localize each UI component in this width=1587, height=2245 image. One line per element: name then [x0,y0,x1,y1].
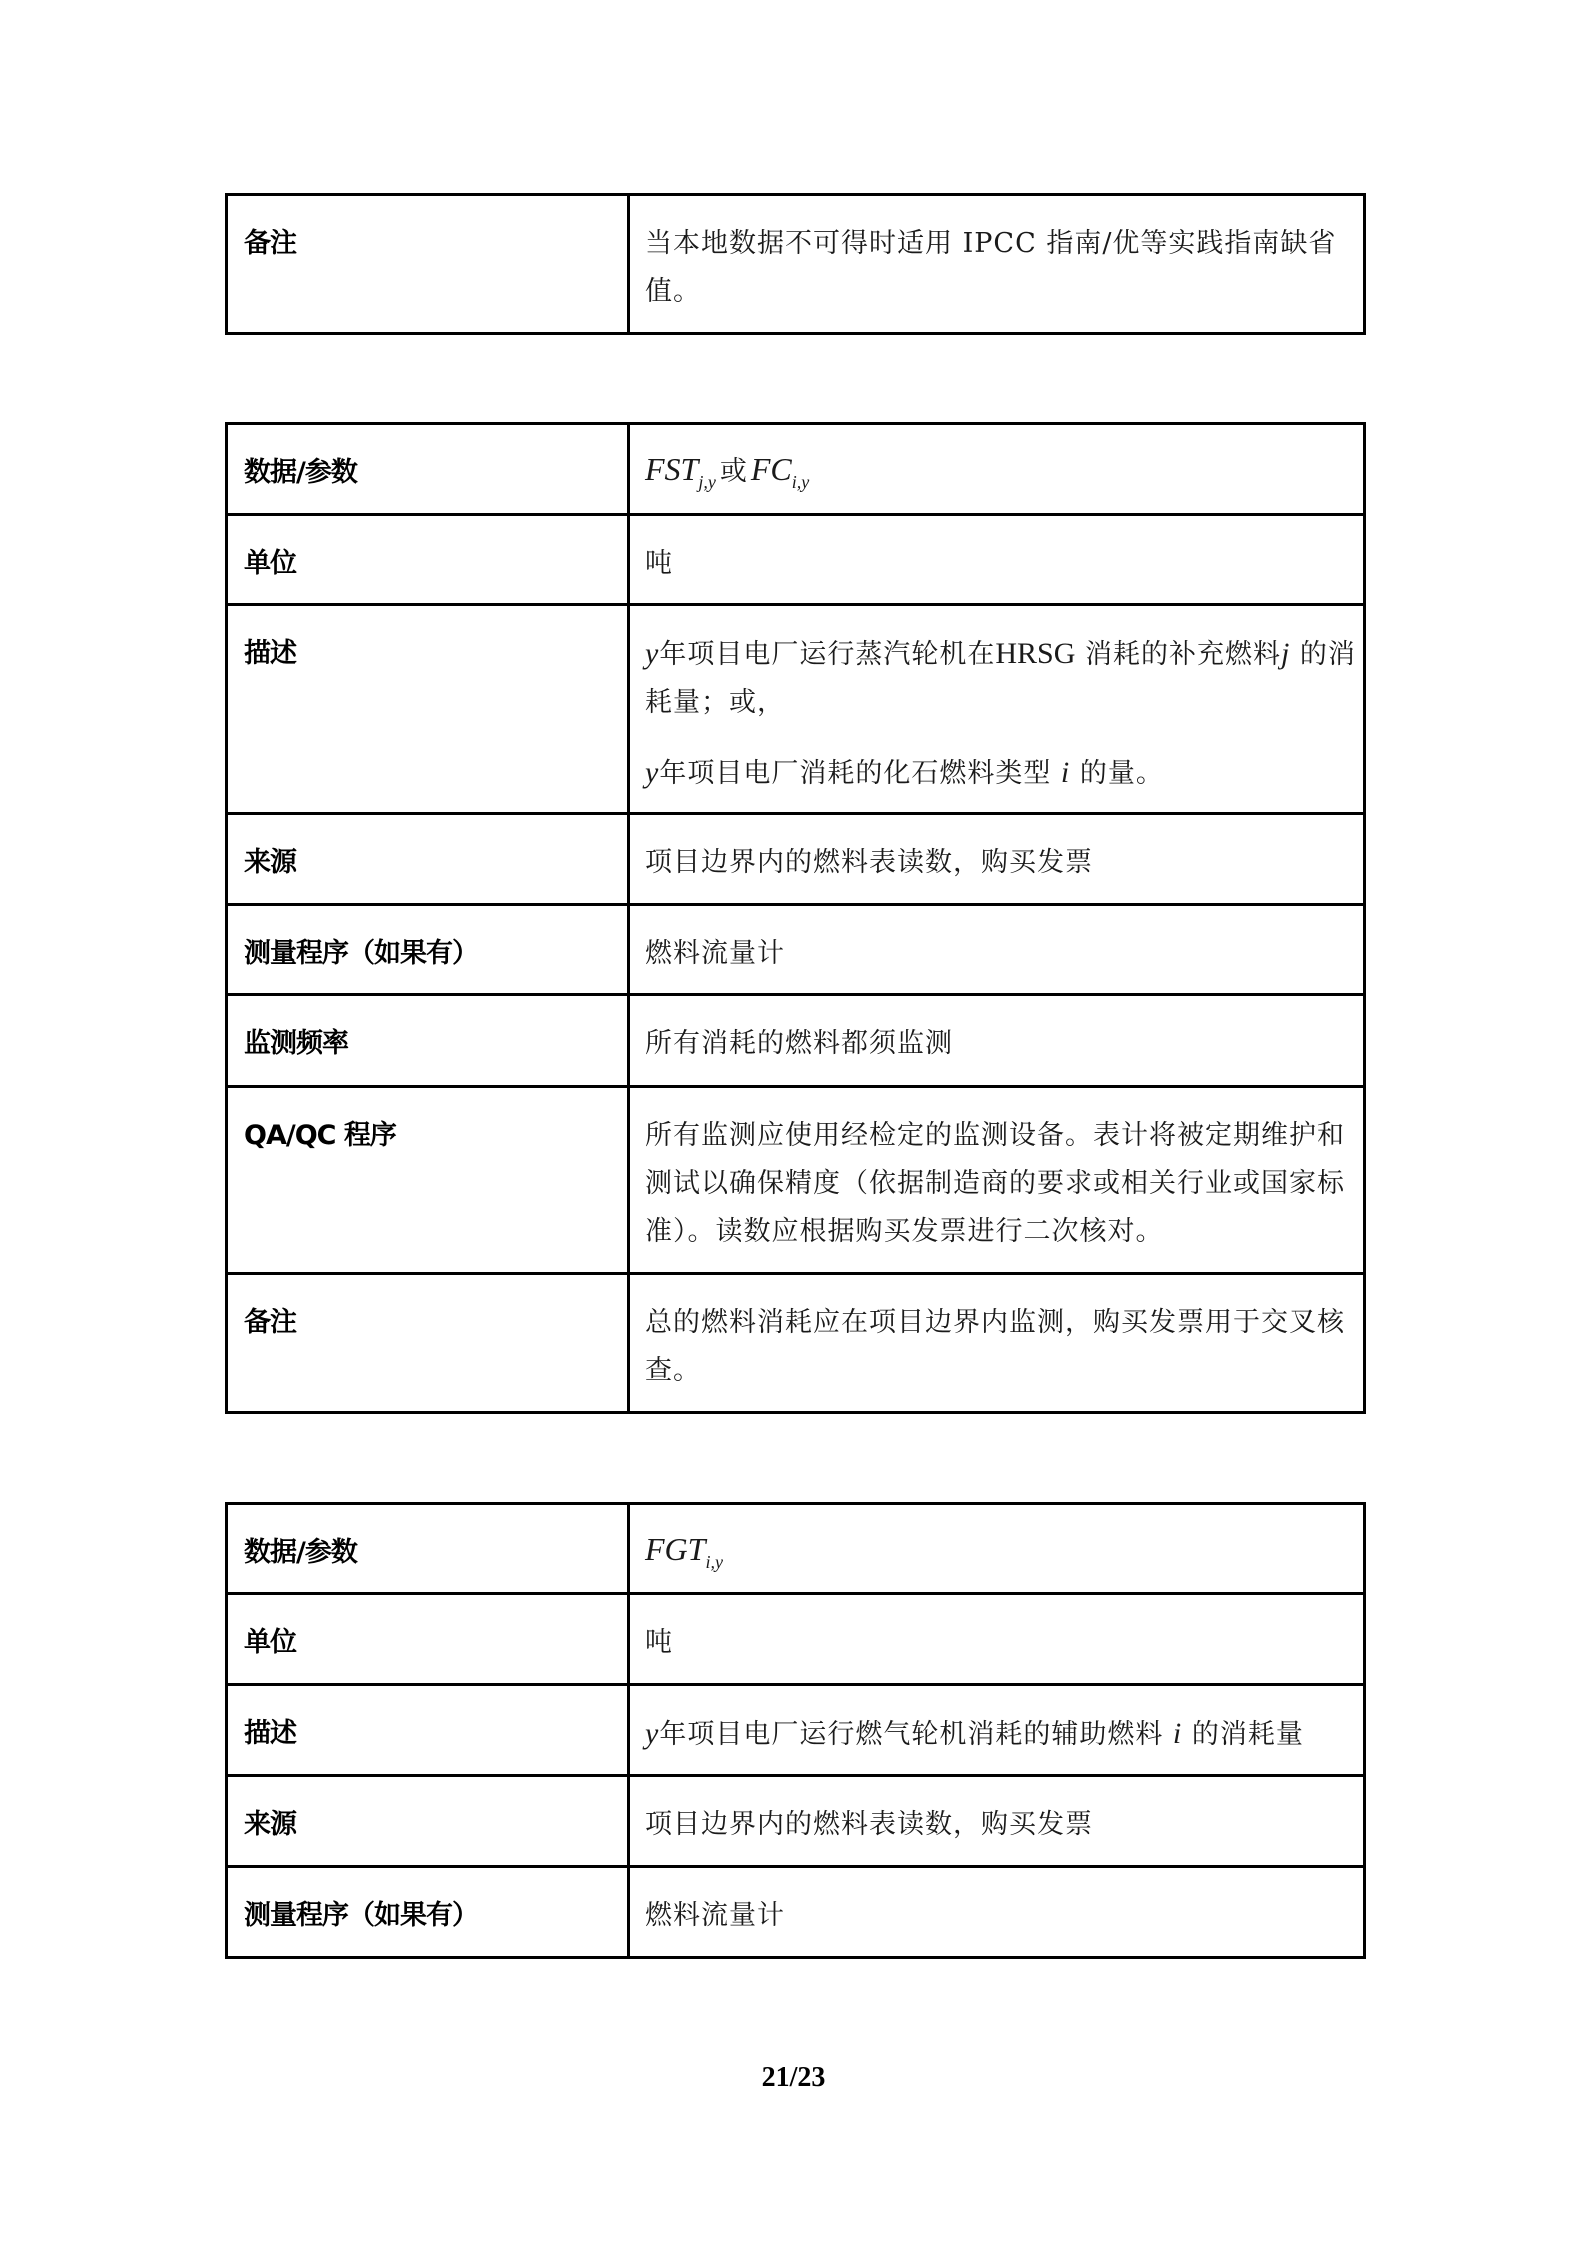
row-label-cell: QA/QC 程序 [227,1087,629,1274]
math-var: i [1061,756,1070,789]
parameter-table-fst-fc: 数据/参数 FSTj,y或FCi,y 单位 吨 描述 [225,422,1366,1414]
row-label-cell: 来源 [227,814,629,905]
row-value: 项目边界内的燃料表读数，购买发票 [630,1777,1363,1849]
value-line: 项目边界内的燃料表读数，购买发票 [645,1801,1353,1849]
parameter-symbol: FGTi,y [630,1505,1363,1586]
parameter-table-fgt: 数据/参数 FGTi,y 单位 吨 描述 [225,1502,1366,1959]
table-row: 来源 项目边界内的燃料表读数，购买发票 [227,1776,1365,1867]
row-label-cell: 备注 [227,195,629,334]
math-connector: 或 [720,456,747,487]
row-value: 燃料流量计 [630,906,1363,978]
row-label: 描述 [228,1686,627,1758]
value-line: 吨 [645,1619,1353,1667]
row-value-cell: 当本地数据不可得时适用 IPCC 指南/优等实践指南缺省 值。 [629,195,1365,334]
math-subscript: j,y [698,472,716,492]
row-label-cell: 备注 [227,1274,629,1413]
row-label-cell: 测量程序（如果有） [227,1867,629,1958]
table-row: 描述 y年项目电厂运行燃气轮机消耗的辅助燃料 i 的消耗量 [227,1685,1365,1776]
value-line: 查。 [645,1347,1353,1395]
math-var: y [645,637,659,670]
row-value: 所有监测应使用经检定的监测设备。表计将被定期维护和 测试以确保精度（依据制造商的… [630,1088,1363,1256]
text-span: 的消耗量 [1192,1719,1304,1750]
table-row: 测量程序（如果有） 燃料流量计 [227,905,1365,995]
row-value: 项目边界内的燃料表读数，购买发票 [630,815,1363,887]
math-var: FC [751,451,792,487]
table-row: 备注 总的燃料消耗应在项目边界内监测，购买发票用于交叉核 查。 [227,1274,1365,1413]
row-label: 数据/参数 [228,425,627,497]
table-row: 描述 y年项目电厂运行蒸汽轮机在HRSG 消耗的补充燃料j 的消 耗量；或， y… [227,605,1365,814]
row-value: 燃料流量计 [630,1868,1363,1940]
table-row: 数据/参数 FSTj,y或FCi,y [227,424,1365,515]
math-var: j [1281,637,1290,670]
row-label: 来源 [228,815,627,887]
value-line: y年项目电厂消耗的化石燃料类型 i 的量。 [645,749,1353,798]
row-value-cell: y年项目电厂运行蒸汽轮机在HRSG 消耗的补充燃料j 的消 耗量；或， y年项目… [629,605,1365,814]
row-value-cell: 吨 [629,515,1365,605]
text-span: 年项目电厂消耗的化石燃料类型 [659,758,1051,789]
table-row: 数据/参数 FGTi,y [227,1504,1365,1594]
value-line: 燃料流量计 [645,1892,1353,1940]
value-line: 测试以确保精度（依据制造商的要求或相关行业或国家标 [645,1160,1353,1208]
table-row: 监测频率 所有消耗的燃料都须监测 [227,995,1365,1087]
row-label: 测量程序（如果有） [228,1868,627,1940]
row-label-cell: 数据/参数 [227,424,629,515]
row-label: 备注 [228,196,627,268]
value-line: 所有监测应使用经检定的监测设备。表计将被定期维护和 [645,1112,1353,1160]
value-line: y年项目电厂运行蒸汽轮机在HRSG 消耗的补充燃料j 的消 [645,630,1353,679]
row-value-cell: 所有监测应使用经检定的监测设备。表计将被定期维护和 测试以确保精度（依据制造商的… [629,1087,1365,1274]
row-value-cell: 总的燃料消耗应在项目边界内监测，购买发票用于交叉核 查。 [629,1274,1365,1413]
row-value-cell: 燃料流量计 [629,1867,1365,1958]
row-label: 数据/参数 [228,1505,627,1577]
text-span: HRSG [995,637,1075,670]
value-line: y年项目电厂运行燃气轮机消耗的辅助燃料 i 的消耗量 [645,1710,1353,1759]
row-value: 吨 [630,1595,1363,1667]
text-span: 年项目电厂运行燃气轮机消耗的辅助燃料 [659,1719,1163,1750]
table-row: 单位 吨 [227,1594,1365,1685]
value-line: 吨 [645,540,1353,588]
value-line: 项目边界内的燃料表读数，购买发票 [645,839,1353,887]
row-value-cell: y年项目电厂运行燃气轮机消耗的辅助燃料 i 的消耗量 [629,1685,1365,1776]
row-value: y年项目电厂运行燃气轮机消耗的辅助燃料 i 的消耗量 [630,1686,1363,1759]
row-value-cell: 吨 [629,1594,1365,1685]
row-label: 描述 [228,606,627,678]
row-label-cell: 单位 [227,515,629,605]
math-subscript: i,y [705,1552,723,1572]
text-span: 的消 [1300,639,1356,670]
row-value-cell: 所有消耗的燃料都须监测 [629,995,1365,1087]
page-number: 21/23 [0,2062,1587,2094]
row-label: 单位 [228,1595,627,1667]
math-expression: FGTi,y [645,1531,723,1567]
row-value-cell: 项目边界内的燃料表读数，购买发票 [629,814,1365,905]
row-value: 所有消耗的燃料都须监测 [630,996,1363,1068]
value-line: 值。 [645,268,1353,316]
row-label-cell: 单位 [227,1594,629,1685]
math-var: i [1173,1717,1182,1750]
row-value-cell: FSTj,y或FCi,y [629,424,1365,515]
row-value-cell: 燃料流量计 [629,905,1365,995]
table-row: 备注 当本地数据不可得时适用 IPCC 指南/优等实践指南缺省 值。 [227,195,1365,334]
text-span: 年项目电厂运行蒸汽轮机在 [659,639,995,670]
row-value-cell: 项目边界内的燃料表读数，购买发票 [629,1776,1365,1867]
row-label: 来源 [228,1777,627,1849]
value-line: 当本地数据不可得时适用 IPCC 指南/优等实践指南缺省 [645,220,1353,268]
row-value: 当本地数据不可得时适用 IPCC 指南/优等实践指南缺省 值。 [630,196,1363,316]
row-label: 测量程序（如果有） [228,906,627,978]
row-value: 总的燃料消耗应在项目边界内监测，购买发票用于交叉核 查。 [630,1275,1363,1395]
row-label-cell: 测量程序（如果有） [227,905,629,995]
row-label-cell: 描述 [227,1685,629,1776]
math-expression: FSTj,y或FCi,y [645,451,809,487]
math-var: FST [645,451,698,487]
row-label: 监测频率 [228,996,627,1068]
value-line: 燃料流量计 [645,930,1353,978]
row-value-cell: FGTi,y [629,1504,1365,1594]
text-span: 消耗的补充燃料 [1085,639,1281,670]
row-label: 单位 [228,516,627,588]
math-var: y [645,756,659,789]
row-value: y年项目电厂运行蒸汽轮机在HRSG 消耗的补充燃料j 的消 耗量；或， y年项目… [630,606,1363,798]
row-value: 吨 [630,516,1363,588]
value-line: 所有消耗的燃料都须监测 [645,1020,1353,1068]
value-line: 准）。读数应根据购买发票进行二次核对。 [645,1208,1353,1256]
math-var: FGT [645,1531,705,1567]
table-row: 单位 吨 [227,515,1365,605]
value-line: 总的燃料消耗应在项目边界内监测，购买发票用于交叉核 [645,1299,1353,1347]
row-label-cell: 数据/参数 [227,1504,629,1594]
row-label-cell: 来源 [227,1776,629,1867]
parameter-symbol: FSTj,y或FCi,y [630,425,1363,506]
row-label-cell: 描述 [227,605,629,814]
value-line: 耗量；或， [645,679,1353,727]
table-row: 测量程序（如果有） 燃料流量计 [227,1867,1365,1958]
math-subscript: i,y [792,472,810,492]
parameter-table-remarks: 备注 当本地数据不可得时适用 IPCC 指南/优等实践指南缺省 值。 [225,193,1366,335]
row-label: 备注 [228,1275,627,1347]
table-row: 来源 项目边界内的燃料表读数，购买发票 [227,814,1365,905]
text-span: 的量。 [1080,758,1164,789]
math-var: y [645,1717,659,1750]
document-page: 备注 当本地数据不可得时适用 IPCC 指南/优等实践指南缺省 值。 数据/参数… [0,0,1587,2245]
row-label: QA/QC 程序 [228,1088,627,1160]
table-row: QA/QC 程序 所有监测应使用经检定的监测设备。表计将被定期维护和 测试以确保… [227,1087,1365,1274]
row-label-cell: 监测频率 [227,995,629,1087]
